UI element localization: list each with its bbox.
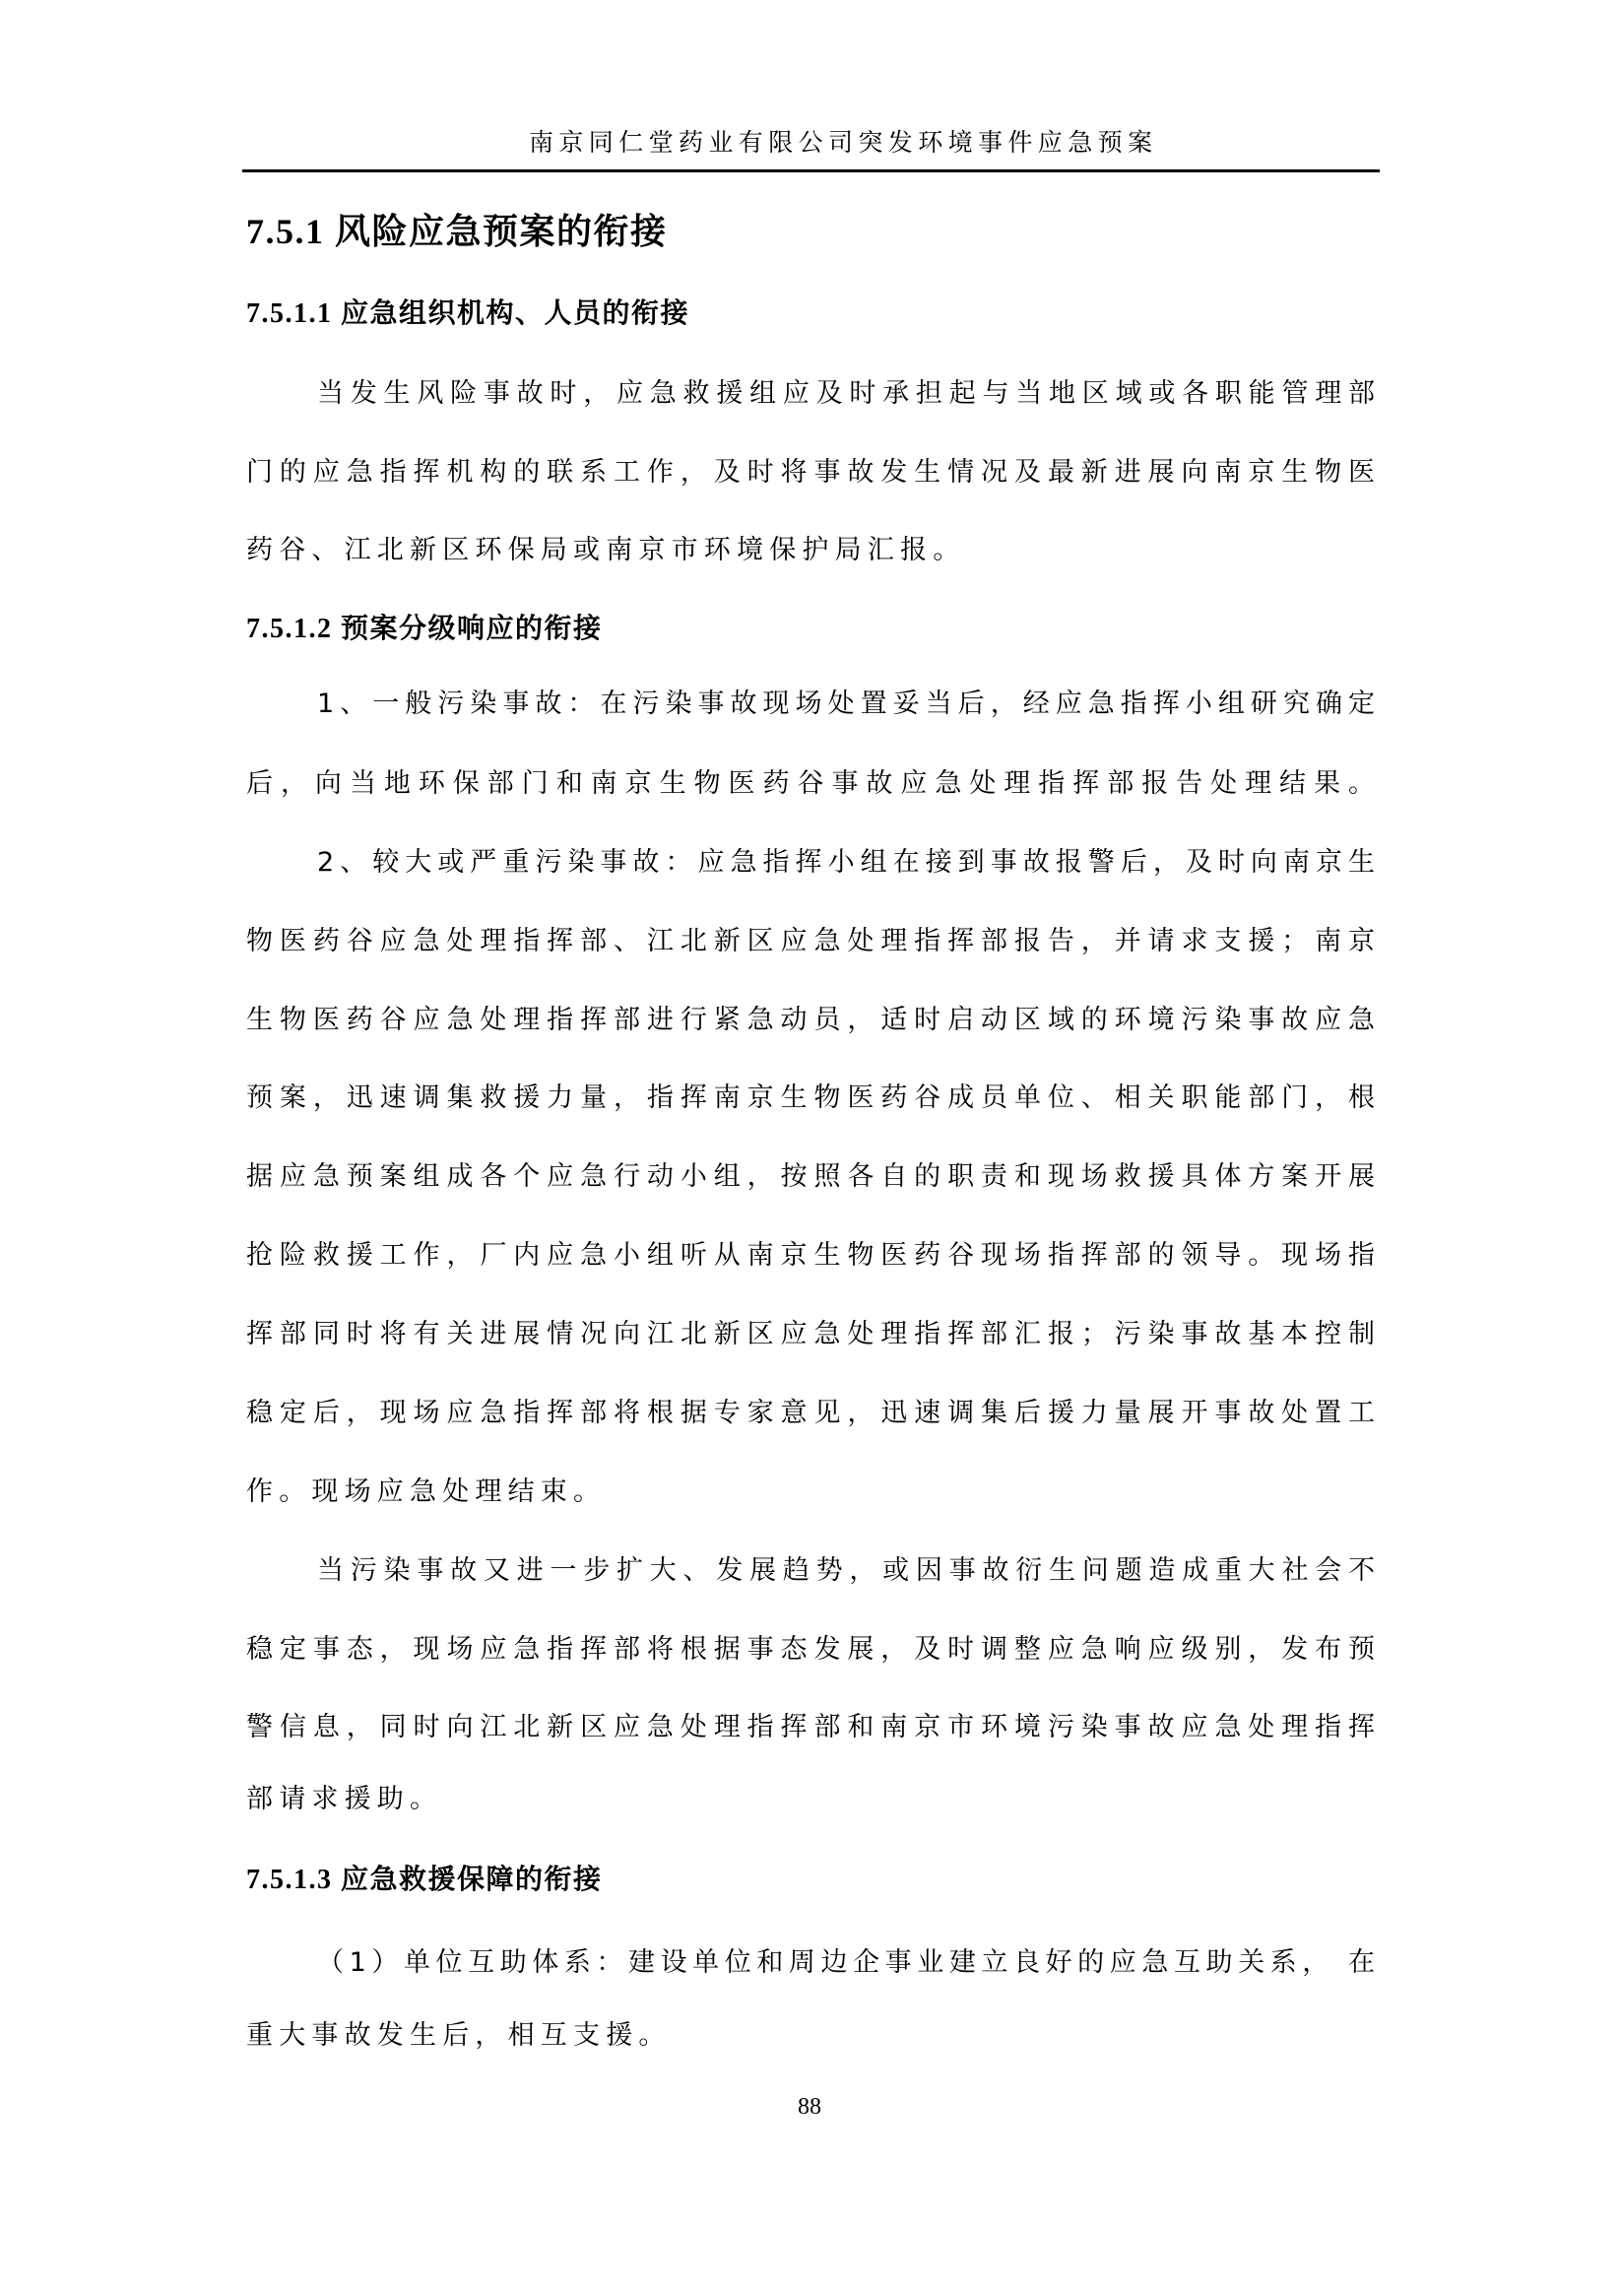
page-number: 88 <box>786 2092 833 2122</box>
paragraph-line: 药谷、江北新区环保局或南京市环境保护局汇报。 <box>246 533 1375 568</box>
paragraph-line: 门的应急指挥机构的联系工作，及时将事故发生情况及最新进展向南京生物医 <box>246 455 1375 491</box>
paragraph-line: 生物医药谷应急处理指挥部进行紧急动员，适时启动区域的环境污染事故应急 <box>246 1003 1375 1038</box>
paragraph-line: 稳定事态，现场应急指挥部将根据事态发展，及时调整应急响应级别，发布预 <box>246 1632 1375 1668</box>
header-divider <box>242 169 1380 172</box>
paragraph-line: 1、一般污染事故：在污染事故现场处置妥当后，经应急指挥小组研究确定 <box>317 687 1375 722</box>
paragraph-line: 作。现场应急处理结束。 <box>246 1475 1375 1510</box>
paragraph-line: 稳定后，现场应急指挥部将根据专家意见，迅速调集后援力量展开事故处置工 <box>246 1396 1375 1431</box>
paragraph-line: 预案，迅速调集救援力量，指挥南京生物医药谷成员单位、相关职能部门，根 <box>246 1081 1375 1116</box>
paragraph-line: 后，向当地环保部门和南京生物医药谷事故应急处理指挥部报告处理结果。 <box>246 766 1375 802</box>
paragraph-line: 抢险救援工作，厂内应急小组听从南京生物医药谷现场指挥部的领导。现场指 <box>246 1238 1375 1274</box>
paragraph-line: 当污染事故又进一步扩大、发展趋势，或因事故衍生问题造成重大社会不 <box>317 1553 1375 1589</box>
paragraph-line: 2、较大或严重污染事故：应急指挥小组在接到事故报警后，及时向南京生 <box>317 845 1375 881</box>
paragraph-line: 部请求援助。 <box>246 1782 1375 1817</box>
subsection-heading: 7.5.1.1 应急组织机构、人员的衔接 <box>246 295 689 334</box>
paragraph-line: 当发生风险事故时，应急救援组应及时承担起与当地区域或各职能管理部 <box>317 376 1375 412</box>
subsection-heading: 7.5.1.2 预案分级响应的衔接 <box>246 610 603 649</box>
running-header: 南京同仁堂药业有限公司突发环境事件应急预案 <box>529 126 1179 160</box>
paragraph-line: 挥部同时将有关进展情况向江北新区应急处理指挥部汇报；污染事故基本控制 <box>246 1317 1375 1352</box>
paragraph-line: 据应急预案组成各个应急行动小组，按照各自的职责和现场救援具体方案开展 <box>246 1159 1375 1195</box>
paragraph-line: （1）单位互助体系：建设单位和周边企事业建立良好的应急互助关系， 在 <box>317 1945 1375 1981</box>
paragraph-line: 物医药谷应急处理指挥部、江北新区应急处理指挥部报告，并请求支援；南京 <box>246 924 1375 959</box>
paragraph-line: 警信息，同时向江北新区应急处理指挥部和南京市环境污染事故应急处理指挥 <box>246 1710 1375 1745</box>
subsection-heading: 7.5.1.3 应急救援保障的衔接 <box>246 1861 603 1900</box>
paragraph-line: 重大事故发生后，相互支援。 <box>246 2018 1375 2054</box>
document-page: 南京同仁堂药业有限公司突发环境事件应急预案 7.5.1 风险应急预案的衔接 7.… <box>0 0 1621 2296</box>
section-heading: 7.5.1 风险应急预案的衔接 <box>246 207 668 256</box>
